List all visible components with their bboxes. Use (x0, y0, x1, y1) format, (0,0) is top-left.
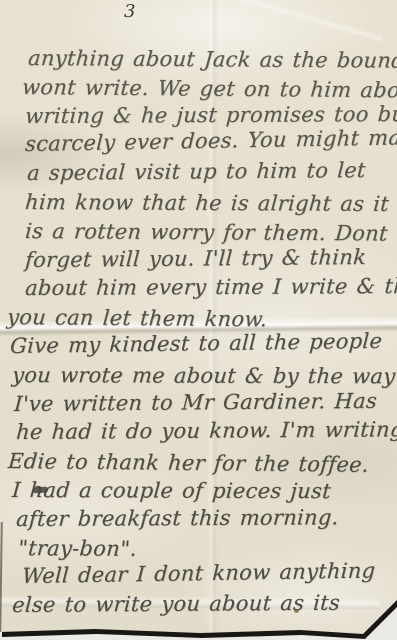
letter-line: him know that he is alright as it (24, 190, 397, 221)
letter-line: a special visit up to him to let (26, 158, 397, 190)
scanned-letter-page: 3 anything about Jack as the bounderwont… (0, 0, 397, 640)
letter-line: about him every time I write & then (24, 274, 397, 305)
letter-line: he had it do you know. I'm writing (15, 418, 397, 449)
letter-line: Well dear I dont know anything (21, 558, 397, 593)
letter-line: forget will you. I'll try & think (24, 244, 397, 276)
letter-line: I had a couple of pieces just (11, 478, 397, 508)
letter-line: Give my kindest to all the people (9, 329, 397, 363)
letter-line: scarcely ever does. You might make (24, 126, 397, 161)
page-number: 3 (124, 1, 135, 22)
letter-line: after breakfast this morning. (15, 505, 397, 536)
crease-diagonal-wrinkle (237, 0, 384, 43)
handwritten-text-block: anything about Jack as the bounderwont w… (0, 46, 397, 622)
letter-line: else to write you about as its (11, 590, 397, 621)
letter-line: anything about Jack as the bounder (27, 46, 397, 77)
letter-line: Edie to thank her for the toffee. (7, 449, 397, 482)
letter-line: I've written to Mr Gardiner. Has (13, 388, 397, 420)
letter-paper: 3 anything about Jack as the bounderwont… (0, 0, 397, 640)
